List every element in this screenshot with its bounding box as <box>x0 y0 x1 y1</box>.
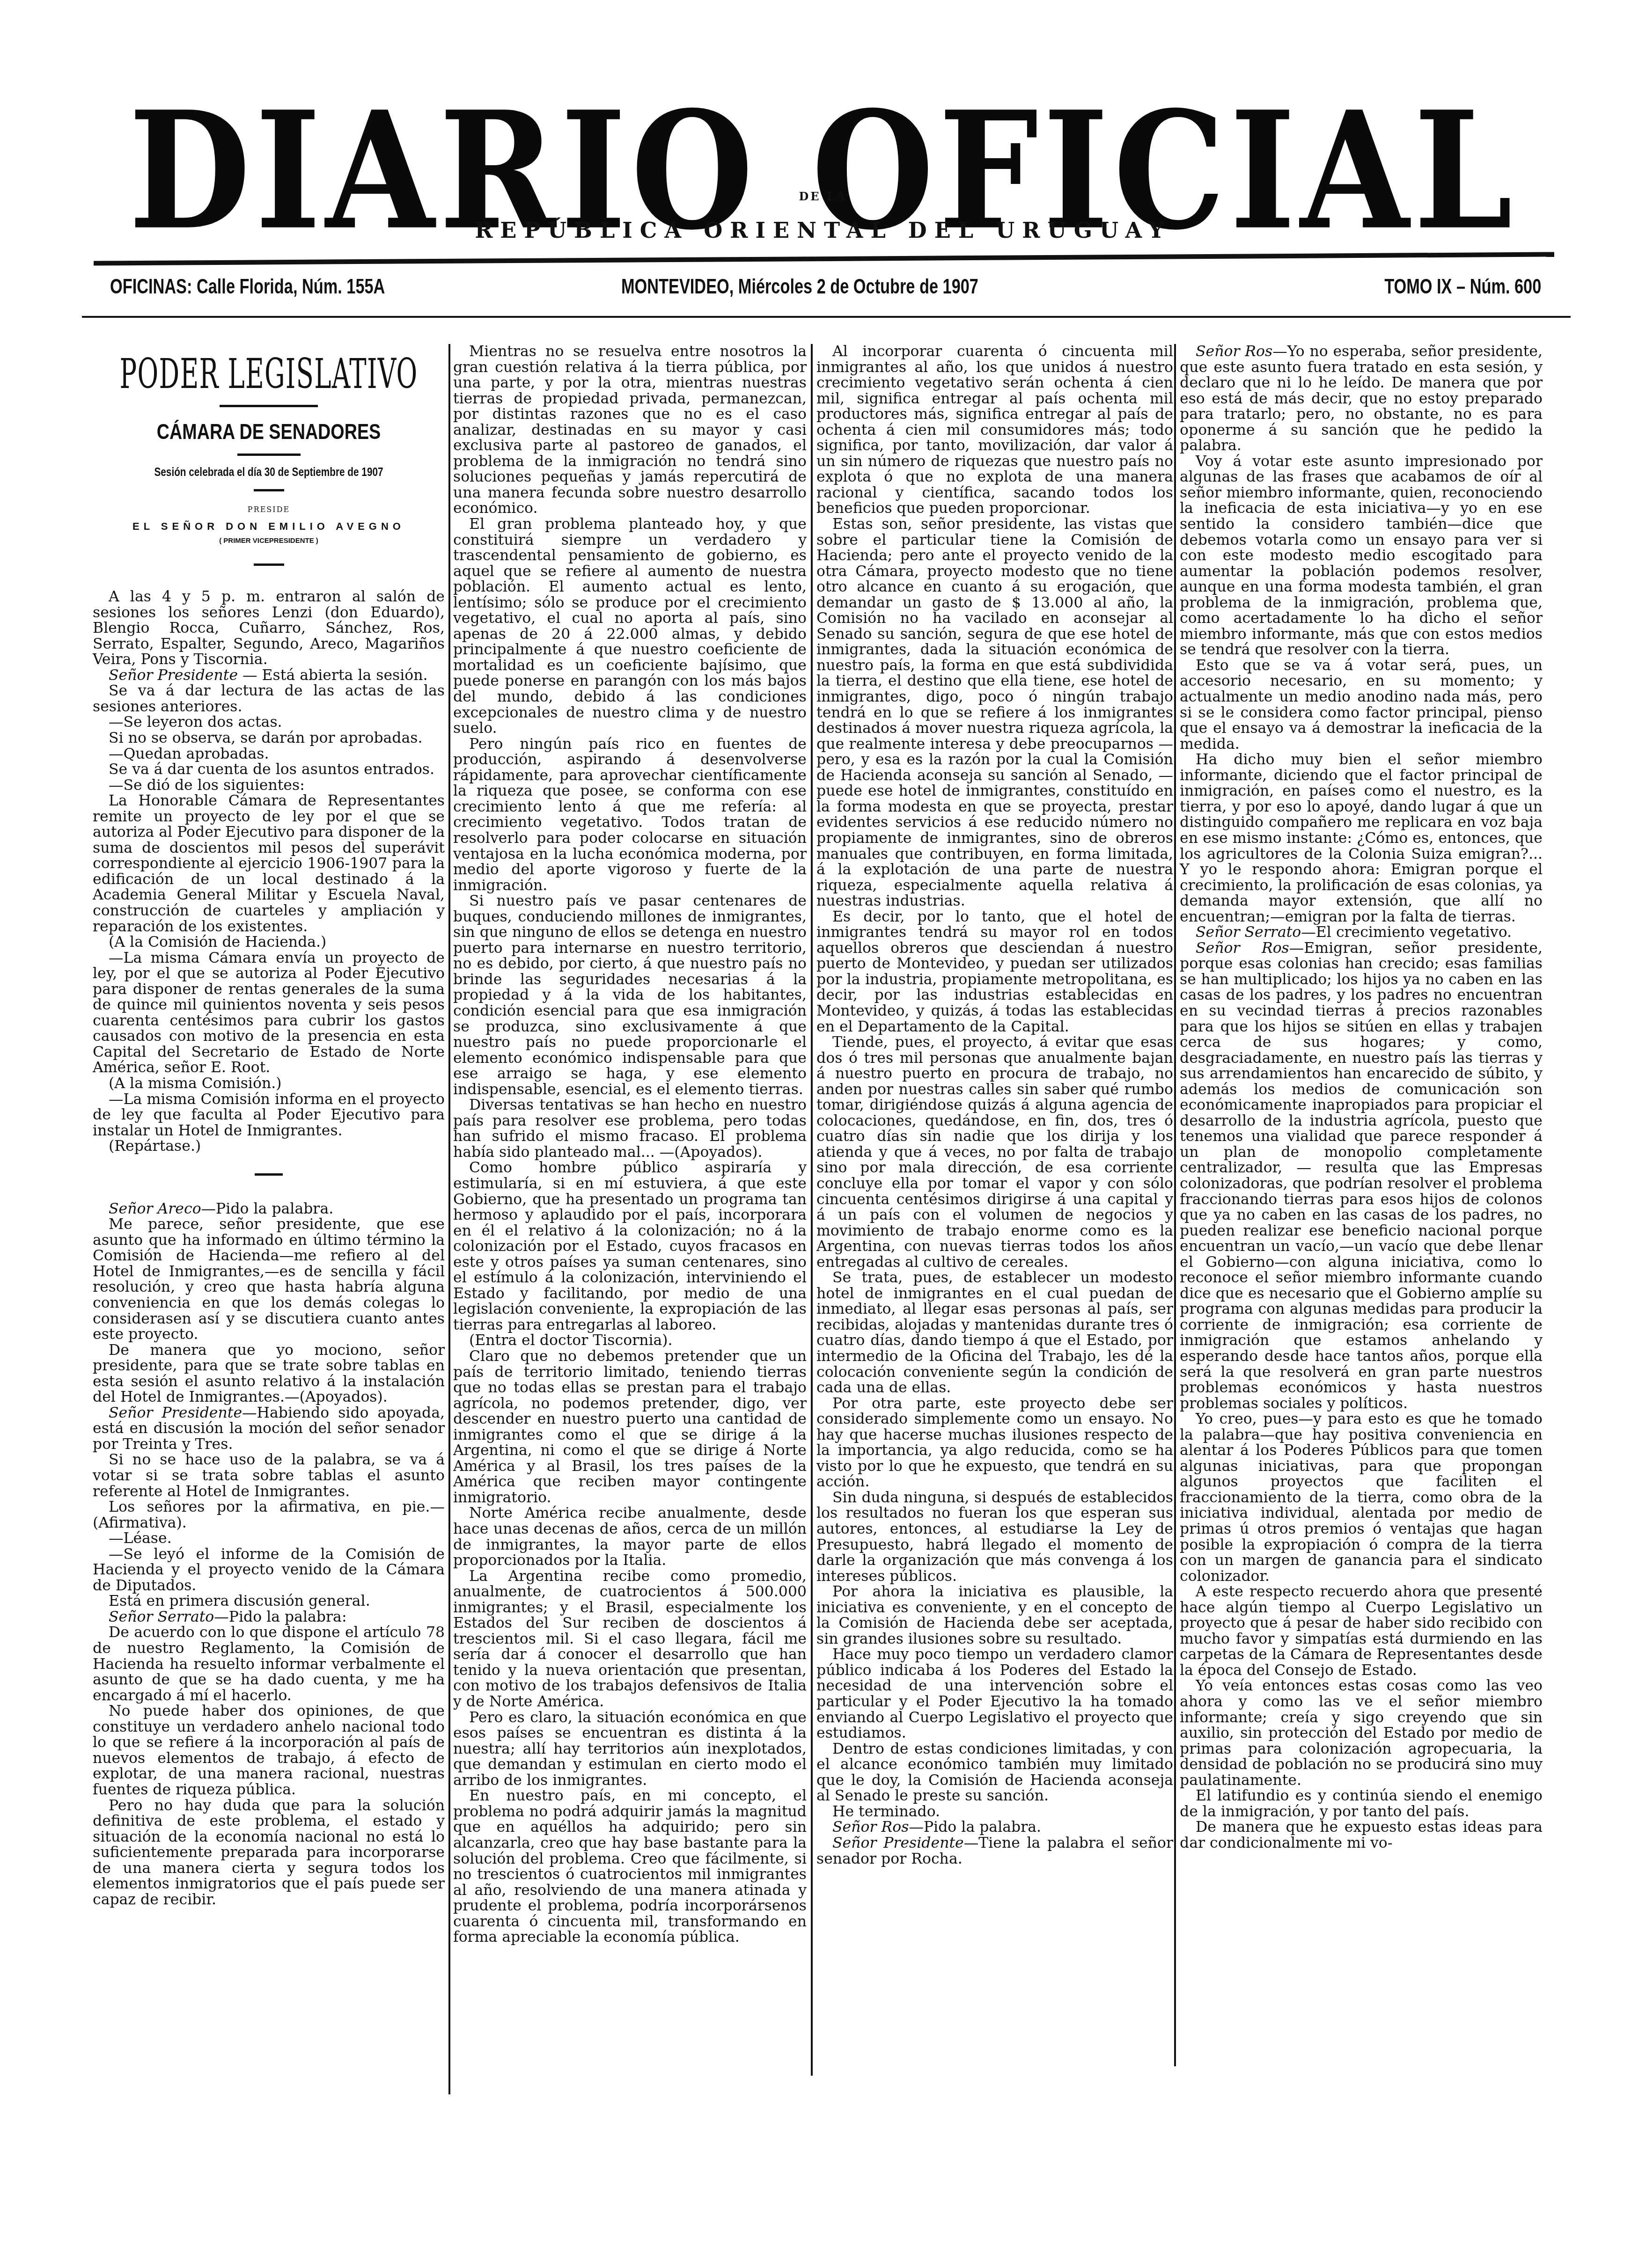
paragraph-text: Sin duda ninguna, si después de establec… <box>816 1489 1173 1585</box>
paragraph: (A la Comisión de Hacienda.) <box>93 935 445 951</box>
info-bar: OFICINAS: Calle Florida, Núm. 155A MONTE… <box>110 275 1198 303</box>
presiding-role: ( PRIMER VICEPRESIDENTE ) <box>93 537 445 545</box>
paragraph: Ha dicho muy bien el señor miembro infor… <box>1180 752 1543 925</box>
column-divider <box>1174 344 1176 2066</box>
paragraph-text: —La misma Cámara envía un proyecto de le… <box>93 950 445 1076</box>
speaker-name: Señor Presidente <box>109 667 238 684</box>
paragraph: La Argentina recibe como promedio, anual… <box>453 1569 807 1710</box>
paragraph: —La misma Comisión informa en el proyect… <box>93 1092 445 1139</box>
paragraph: —Se leyó el informe de la Comisión de Ha… <box>93 1547 445 1594</box>
section-title: PODER LEGISLATIVO <box>93 353 444 395</box>
paragraph: Los señores por la afirmativa, en pie.—(… <box>93 1500 445 1531</box>
paragraph: Si no se observa, se darán por aprobadas… <box>93 731 445 746</box>
paragraph-text: —Pido la palabra. <box>909 1819 1041 1836</box>
paragraph-text: Se va á dar cuenta de los asuntos entrad… <box>109 761 434 778</box>
paragraph: Estas son, señor presidente, las vistas … <box>816 517 1173 909</box>
newspaper-de-la: DE LA <box>0 190 1646 203</box>
speaker-paragraph: Señor Ros—Pido la palabra. <box>816 1820 1173 1836</box>
paragraph: Yo veía entonces estas cosas como las ve… <box>1180 1678 1543 1788</box>
paragraph-text: Diversas tentativas se han hecho en nues… <box>453 1097 807 1161</box>
speaker-paragraph: Señor Presidente — Está abierta la sesió… <box>93 668 445 684</box>
paragraph-text: Tiende, pues, el proyecto, á evitar que … <box>816 1034 1173 1271</box>
speaker-paragraph: Señor Presidente—Tiene la palabra el señ… <box>816 1836 1173 1867</box>
paragraph-text: —La misma Comisión informa en el proyect… <box>93 1091 445 1139</box>
paragraph-text: (Entra el doctor Tiscornia). <box>469 1332 673 1349</box>
speaker-name: Señor Serrato <box>1196 924 1301 941</box>
paragraph-text: Yo creo, pues—y para esto es que he toma… <box>1180 1411 1543 1584</box>
paragraph: Es decir, por lo tanto, que el hotel de … <box>816 909 1173 1035</box>
paragraph-text: Mientras no se resuelva entre nosotros l… <box>453 343 807 517</box>
paragraph-text: He terminado. <box>832 1803 940 1820</box>
speaker-paragraph: Señor Ros—Emigran, señor presidente, por… <box>1180 941 1543 1412</box>
column-1: PODER LEGISLATIVO CÁMARA DE SENADORES Se… <box>93 344 445 1908</box>
paragraph: En nuestro país, en mi concepto, el prob… <box>453 1788 807 1945</box>
paragraph-text: Dentro de estas condiciones limitadas, y… <box>816 1741 1173 1805</box>
speaker-name: Señor Serrato <box>109 1609 214 1625</box>
paragraph-text: A este respecto recuerdo ahora que prese… <box>1180 1583 1543 1679</box>
divider <box>254 563 284 566</box>
paragraph: Como hombre público aspiraría y estimula… <box>453 1160 807 1333</box>
paragraph: Se va á dar cuenta de los asuntos entrad… <box>93 762 445 778</box>
paragraph: A este respecto recuerdo ahora que prese… <box>1180 1584 1543 1678</box>
divider <box>254 489 284 491</box>
paragraph-text: Claro que no debemos pretender que un pa… <box>453 1348 807 1506</box>
paragraph-text: Pero ningún país rico en fuentes de prod… <box>453 736 807 894</box>
paragraph-text: La Argentina recibe como promedio, anual… <box>453 1568 807 1710</box>
paragraph: Hace muy poco tiempo un verdadero clamor… <box>816 1647 1173 1741</box>
paragraph: Pero es claro, la situación económica en… <box>453 1710 807 1789</box>
paragraph-text: —Se dió de los siguientes: <box>109 777 305 794</box>
paragraph: Pero ningún país rico en fuentes de prod… <box>453 737 807 893</box>
paragraph-text: Si no se hace uso de la palabra, se va á… <box>93 1451 445 1500</box>
paragraph: Voy á votar este asunto impresionado por… <box>1180 454 1543 658</box>
paragraph: De acuerdo con lo que dispone el artícul… <box>93 1625 445 1704</box>
paragraph-text: Se va á dar lectura de las actas de las … <box>93 682 445 715</box>
paragraph-text: Pero no hay duda que para la solución de… <box>93 1797 445 1908</box>
chamber-title: CÁMARA DE SENADORES <box>125 420 413 443</box>
speaker-paragraph: Señor Areco—Pido la palabra. <box>93 1201 445 1217</box>
paragraph-text: — Está abierta la sesión. <box>238 667 428 684</box>
paragraph-text: Estas son, señor presidente, las vistas … <box>816 516 1173 909</box>
paragraph-text: —Quedan aprobadas. <box>109 746 269 762</box>
paragraph: Yo creo, pues—y para esto es que he toma… <box>1180 1412 1543 1584</box>
paragraph-text: —Emigran, señor presidente, porque esas … <box>1180 940 1543 1412</box>
paragraph: (Entra el doctor Tiscornia). <box>453 1333 807 1349</box>
paragraph: —Léase. <box>93 1531 445 1547</box>
paragraph-text: Al incorporar cuarenta ó cincuenta mil i… <box>816 343 1173 517</box>
speaker-name: Señor Ros <box>1196 940 1289 957</box>
paragraph: No puede haber dos opiniones, de que con… <box>93 1704 445 1798</box>
paragraph: —La misma Cámara envía un proyecto de le… <box>93 951 445 1076</box>
paragraph-text: Voy á votar este asunto impresionado por… <box>1180 453 1543 658</box>
speaker-paragraph: Señor Presidente—Habiendo sido apoyada, … <box>93 1405 445 1453</box>
paragraph: El latifundio es y continúa siendo el en… <box>1180 1788 1543 1820</box>
offices-address: OFICINAS: Calle Florida, Núm. 155A <box>110 275 385 299</box>
paragraph: Por ahora la iniciativa es plausible, la… <box>816 1584 1173 1647</box>
paragraph-text: Hace muy poco tiempo un verdadero clamor… <box>816 1646 1173 1741</box>
paragraph: He terminado. <box>816 1804 1173 1820</box>
paragraph-text: Como hombre público aspiraría y estimula… <box>453 1159 807 1333</box>
paragraph: Si no se hace uso de la palabra, se va á… <box>93 1452 445 1500</box>
paragraph-text: No puede haber dos opiniones, de que con… <box>93 1703 445 1798</box>
paragraph-text: Si no se observa, se darán por aprobadas… <box>109 730 422 746</box>
paragraph-text: Ha dicho muy bien el señor miembro infor… <box>1180 751 1543 925</box>
paragraph: De manera que he expuesto estas ideas pa… <box>1180 1820 1543 1851</box>
paragraph: Diversas tentativas se han hecho en nues… <box>453 1097 807 1160</box>
paragraph-text: —Yo no esperaba, señor presidente, que e… <box>1180 343 1543 454</box>
paragraph: Tiende, pues, el proyecto, á evitar que … <box>816 1035 1173 1270</box>
paragraph-text: Pero es claro, la situación económica en… <box>453 1709 807 1789</box>
paragraph-text: —Se leyó el informe de la Comisión de Ha… <box>93 1546 445 1594</box>
paragraph-text: Se trata, pues, de establecer un modesto… <box>816 1269 1173 1396</box>
paragraph: Se trata, pues, de establecer un modesto… <box>816 1270 1173 1396</box>
paragraph-text: De manera que yo mociono, señor presiden… <box>93 1342 445 1406</box>
paragraph-text: Me parece, señor presidente, que ese asu… <box>93 1216 445 1343</box>
paragraph-text: Norte América recibe anualmente, desde h… <box>453 1505 807 1569</box>
column-body: Al incorporar cuarenta ó cincuenta mil i… <box>816 344 1173 1867</box>
paragraph-text: En nuestro país, en mi concepto, el prob… <box>453 1787 807 1946</box>
paragraph: De manera que yo mociono, señor presiden… <box>93 1343 445 1405</box>
dateline: MONTEVIDEO, Miércoles 2 de Octubre de 19… <box>621 275 978 299</box>
paragraph-text: Esto que se va á votar será, pues, un ac… <box>1180 657 1543 753</box>
paragraph-text: —Léase. <box>109 1530 172 1547</box>
paragraph-text: (Repártase.) <box>109 1138 201 1155</box>
infobar-rule <box>82 316 1571 318</box>
paragraph: A las 4 y 5 p. m. entraron al salón de s… <box>93 589 445 668</box>
paragraph: Pero no hay duda que para la solución de… <box>93 1798 445 1908</box>
paragraph: Se va á dar lectura de las actas de las … <box>93 683 445 715</box>
divider <box>255 1173 283 1176</box>
paragraph-text: De manera que he expuesto estas ideas pa… <box>1180 1819 1543 1851</box>
paragraph-text: El gran problema planteado hoy, y que co… <box>453 516 807 737</box>
preside-label: PRESIDE <box>93 505 445 513</box>
paragraph: Está en primera discusión general. <box>93 1594 445 1610</box>
paragraph-text: —Se leyeron dos actas. <box>109 714 282 731</box>
paragraph: Me parece, señor presidente, que ese asu… <box>93 1217 445 1342</box>
speaker-name: Señor Presidente <box>109 1405 242 1421</box>
paragraph-text: Está en primera discusión general. <box>109 1593 370 1610</box>
paragraph-text: A las 4 y 5 p. m. entraron al salón de s… <box>93 588 445 668</box>
paragraph-text: —Pido la palabra. <box>201 1200 334 1217</box>
paragraph: Sin duda ninguna, si después de establec… <box>816 1490 1173 1584</box>
divider <box>237 454 301 456</box>
paragraph-text: Por ahora la iniciativa es plausible, la… <box>816 1583 1173 1647</box>
paragraph: Si nuestro país ve pasar centenares de b… <box>453 893 807 1097</box>
paragraph-text: (A la Comisión de Hacienda.) <box>109 934 326 951</box>
paragraph-text: De acuerdo con lo que dispone el artícul… <box>93 1624 445 1704</box>
speaker-paragraph: Señor Ros—Yo no esperaba, señor presiden… <box>1180 344 1543 454</box>
paragraph-text: La Honorable Cámara de Representantes re… <box>93 792 445 935</box>
paragraph: Al incorporar cuarenta ó cincuenta mil i… <box>816 344 1173 517</box>
paragraph: —Se leyeron dos actas. <box>93 715 445 731</box>
session-date: Sesión celebrada el día 30 de Septiembre… <box>123 466 415 479</box>
paragraph: Mientras no se resuelva entre nosotros l… <box>453 344 807 517</box>
paragraph: El gran problema planteado hoy, y que co… <box>453 517 807 737</box>
paragraph-text: (A la misma Comisión.) <box>109 1075 282 1092</box>
issue-number: TOMO IX – Núm. 600 <box>1384 275 1541 299</box>
speaker-name: Señor Areco <box>109 1200 201 1217</box>
paragraph: Claro que no debemos pretender que un pa… <box>453 1349 807 1506</box>
paragraph-text: —Pido la palabra: <box>214 1609 346 1625</box>
paragraph: Dentro de estas condiciones limitadas, y… <box>816 1741 1173 1804</box>
paragraph: Esto que se va á votar será, pues, un ac… <box>1180 658 1543 752</box>
paragraph-text: Si nuestro país ve pasar centenares de b… <box>453 893 807 1098</box>
paragraph: (A la misma Comisión.) <box>93 1076 445 1092</box>
column-body: Señor Ros—Yo no esperaba, señor presiden… <box>1180 344 1543 1851</box>
column-divider <box>811 344 813 2076</box>
paragraph-text: Es decir, por lo tanto, que el hotel de … <box>816 908 1173 1035</box>
speaker-paragraph: Señor Serrato—El crecimiento vegetativo. <box>1180 925 1543 941</box>
speaker-name: Señor Presidente <box>832 1835 964 1851</box>
paragraph-text: Los señores por la afirmativa, en pie.—(… <box>93 1499 445 1531</box>
presiding-officer: EL SEÑOR DON EMILIO AVEGNO <box>93 521 445 532</box>
paragraph: Por otra parte, este proyecto debe ser c… <box>816 1396 1173 1490</box>
paragraph: (Repártase.) <box>93 1139 445 1155</box>
paragraph-text: Yo veía entonces estas cosas como las ve… <box>1180 1677 1543 1788</box>
column-2: Mientras no se resuelva entre nosotros l… <box>453 344 807 1946</box>
paragraph: —Se dió de los siguientes: <box>93 778 445 794</box>
paragraph: Norte América recibe anualmente, desde h… <box>453 1506 807 1568</box>
column-3: Al incorporar cuarenta ó cincuenta mil i… <box>816 344 1173 1867</box>
paragraph-text: —El crecimiento vegetativo. <box>1301 924 1512 941</box>
column-body: A las 4 y 5 p. m. entraron al salón de s… <box>93 589 445 1908</box>
speaker-name: Señor Ros <box>1196 343 1272 360</box>
paragraph: —Quedan aprobadas. <box>93 746 445 762</box>
column-body: Mientras no se resuelva entre nosotros l… <box>453 344 807 1946</box>
column-4: Señor Ros—Yo no esperaba, señor presiden… <box>1180 344 1543 1851</box>
speaker-paragraph: Señor Serrato—Pido la palabra: <box>93 1610 445 1625</box>
divider <box>220 405 318 407</box>
speaker-name: Señor Ros <box>832 1819 909 1836</box>
paragraph-text: El latifundio es y continúa siendo el en… <box>1180 1787 1543 1820</box>
paragraph: La Honorable Cámara de Representantes re… <box>93 793 445 935</box>
paragraph-text: Por otra parte, este proyecto debe ser c… <box>816 1395 1173 1491</box>
newspaper-subtitle: REPÚBLICA ORIENTAL DEL URUGUAY <box>0 218 1646 243</box>
column-divider <box>448 344 450 2094</box>
